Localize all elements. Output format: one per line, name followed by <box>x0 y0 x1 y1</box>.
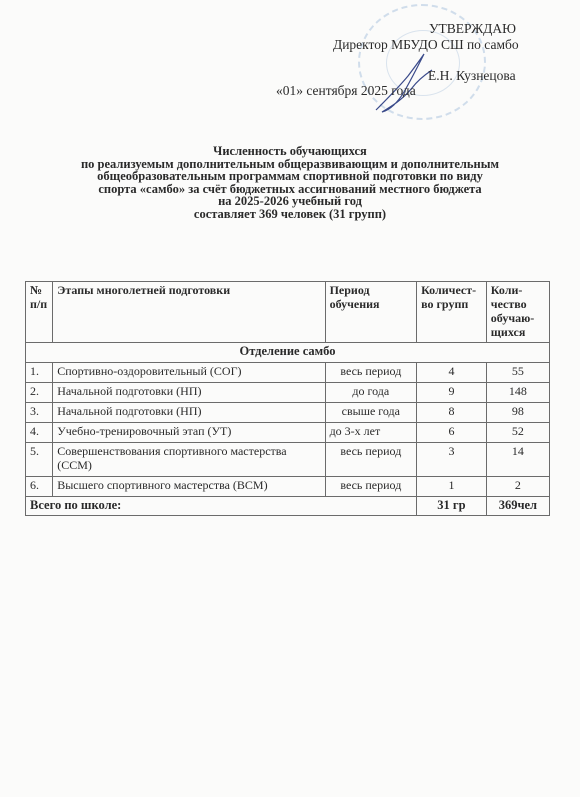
row-students: 2 <box>486 477 549 497</box>
row-period: до года <box>325 383 417 403</box>
total-groups: 31 гр <box>417 497 487 516</box>
header-stage: Этапы многолетней подготовки <box>53 282 325 343</box>
header-students: Коли-чество обучаю-щихся <box>486 282 549 343</box>
row-groups: 8 <box>417 403 487 423</box>
row-num: 1. <box>26 363 53 383</box>
row-stage: Начальной подготовки (НП) <box>53 383 325 403</box>
total-label: Всего по школе: <box>26 497 417 516</box>
row-students: 148 <box>486 383 549 403</box>
heading-line: общеобразовательным программам спортивно… <box>0 170 580 183</box>
approval-name: Е.Н. Кузнецова <box>428 69 516 83</box>
row-num: 2. <box>26 383 53 403</box>
table-row: 1. Спортивно-оздоровительный (СОГ) весь … <box>26 363 550 383</box>
row-stage: Спортивно-оздоровительный (СОГ) <box>53 363 325 383</box>
row-period: весь период <box>325 477 417 497</box>
section-row: Отделение самбо <box>26 343 550 363</box>
heading-line: составляет 369 человек (31 групп) <box>0 208 580 221</box>
row-groups: 1 <box>417 477 487 497</box>
row-groups: 4 <box>417 363 487 383</box>
row-groups: 6 <box>417 423 487 443</box>
row-stage: Начальной подготовки (НП) <box>53 403 325 423</box>
row-period: весь период <box>325 363 417 383</box>
table-row: 6. Высшего спортивного мастерства (ВСМ) … <box>26 477 550 497</box>
approval-position: Директор МБУДО СШ по самбо <box>333 38 519 52</box>
row-students: 14 <box>486 443 549 477</box>
row-num: 4. <box>26 423 53 443</box>
row-period: свыше года <box>325 403 417 423</box>
row-stage: Учебно-тренировочный этап (УТ) <box>53 423 325 443</box>
row-groups: 9 <box>417 383 487 403</box>
table-row: 2. Начальной подготовки (НП) до года 9 1… <box>26 383 550 403</box>
approval-date: «01» сентября 2025 года <box>276 84 416 98</box>
row-num: 3. <box>26 403 53 423</box>
header-num: № п/п <box>26 282 53 343</box>
table-row: 3. Начальной подготовки (НП) свыше года … <box>26 403 550 423</box>
table-row: 4. Учебно-тренировочный этап (УТ) до 3-х… <box>26 423 550 443</box>
row-period: весь период <box>325 443 417 477</box>
row-stage: Совершенствования спортивного мастерства… <box>53 443 325 477</box>
header-period: Период обучения <box>325 282 417 343</box>
row-num: 6. <box>26 477 53 497</box>
document-heading: Численность обучающихся по реализуемым д… <box>0 145 580 221</box>
row-students: 55 <box>486 363 549 383</box>
students-table: № п/п Этапы многолетней подготовки Перио… <box>25 281 550 516</box>
section-title: Отделение самбо <box>26 343 550 363</box>
header-groups: Количест-во групп <box>417 282 487 343</box>
row-groups: 3 <box>417 443 487 477</box>
row-num: 5. <box>26 443 53 477</box>
heading-line: Численность обучающихся <box>0 145 580 158</box>
row-stage: Высшего спортивного мастерства (ВСМ) <box>53 477 325 497</box>
approval-title: УТВЕРЖДАЮ <box>429 22 516 36</box>
row-students: 52 <box>486 423 549 443</box>
table-header-row: № п/п Этапы многолетней подготовки Перио… <box>26 282 550 343</box>
table-row: 5. Совершенствования спортивного мастерс… <box>26 443 550 477</box>
row-students: 98 <box>486 403 549 423</box>
row-period: до 3-х лет <box>325 423 417 443</box>
total-row: Всего по школе: 31 гр 369чел <box>26 497 550 516</box>
total-students: 369чел <box>486 497 549 516</box>
